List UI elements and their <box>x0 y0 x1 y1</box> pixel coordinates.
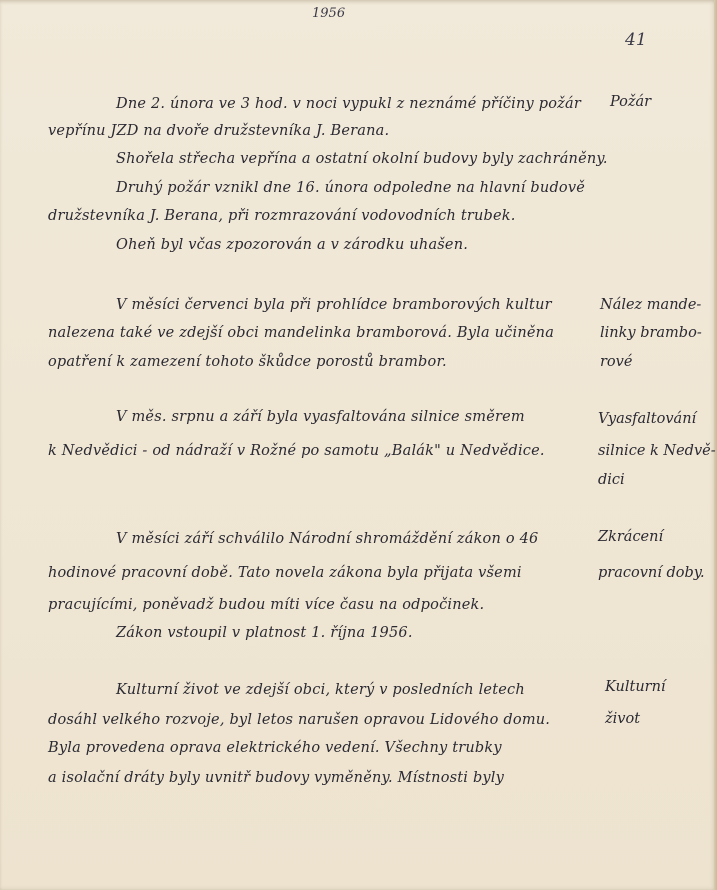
entry-line: V měs. srpnu a září byla vyasfaltována s… <box>116 410 525 425</box>
entry-line: nalezena také ve zdejší obci mandelinka … <box>48 326 554 341</box>
margin-note: Kulturní <box>605 680 666 695</box>
margin-note: život <box>605 712 640 727</box>
entry-line: V měsíci září schválilo Národní shromážd… <box>116 532 538 547</box>
margin-note: Nález mande- <box>600 298 701 313</box>
entry-line: Byla provedena oprava elektrického veden… <box>48 741 502 756</box>
margin-note: pracovní doby. <box>598 566 705 581</box>
entry-line: hodinové pracovní době. Tato novela záko… <box>48 566 522 581</box>
page-year: 1956 <box>312 6 345 21</box>
margin-note: silnice k Nedvě- <box>598 444 716 459</box>
entry-line: pracujícími, poněvadž budou míti více ča… <box>48 598 484 613</box>
entry-line: a isolační dráty byly uvnitř budovy vymě… <box>48 771 504 786</box>
entry-line: Druhý požár vznikl dne 16. února odpoled… <box>116 181 585 196</box>
page-number: 41 <box>625 30 647 50</box>
margin-note: rové <box>600 355 632 370</box>
entry-line: Dne 2. února ve 3 hod. v noci vypukl z n… <box>116 97 581 112</box>
entry-line: k Nedvědici - od nádraží v Rožné po samo… <box>48 444 545 459</box>
entry-line: Kulturní život ve zdejší obci, který v p… <box>116 683 525 698</box>
entry-line: Shořela střecha vepřína a ostatní okolní… <box>116 152 608 167</box>
entry-line: Oheň byl včas zpozorován a v zárodku uha… <box>116 238 468 253</box>
chronicle-page: 1956 41 Dne 2. února ve 3 hod. v noci vy… <box>0 0 717 890</box>
entry-line: Zákon vstoupil v platnost 1. října 1956. <box>116 626 413 641</box>
entry-line: dosáhl velkého rozvoje, byl letos naruše… <box>48 713 550 728</box>
entry-line: V měsíci červenci byla při prohlídce bra… <box>116 298 552 313</box>
margin-note: dici <box>598 473 625 488</box>
margin-note: Zkrácení <box>598 530 663 545</box>
entry-line: vepřínu JZD na dvoře družstevníka J. Ber… <box>48 124 389 139</box>
margin-note: linky brambo- <box>600 326 702 341</box>
margin-note: Požár <box>610 95 651 110</box>
entry-line: družstevníka J. Berana, při rozmrazování… <box>48 209 516 224</box>
margin-note: Vyasfaltování <box>598 412 696 427</box>
entry-line: opatření k zamezení tohoto škůdce porost… <box>48 355 447 370</box>
